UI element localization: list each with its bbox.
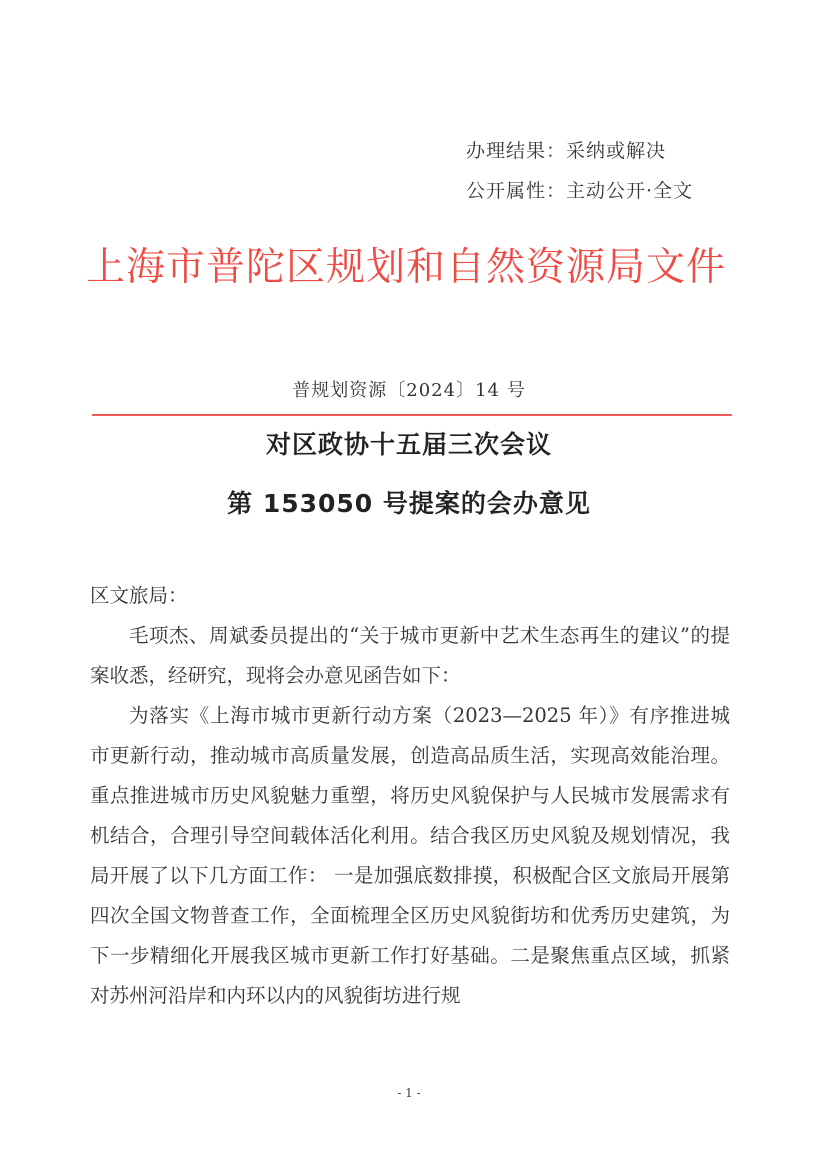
handling-result: 办理结果：采纳或解决 [466,136,666,163]
salutation: 区文旅局： [90,576,730,616]
document-title-line2: 第 153050 号提案的会办意见 [0,484,818,520]
paragraph: 毛项杰、周斌委员提出的“关于城市更新中艺术生态再生的建议”的提案收悉，经研究，现… [90,616,730,696]
disclosure-attribute: 公开属性：主动公开·全文 [466,176,693,203]
red-divider-line [92,414,732,416]
document-number: 普规划资源〔2024〕14 号 [0,376,818,402]
page-number: - 1 - [0,1086,818,1100]
org-red-heading: 上海市普陀区规划和自然资源局文件 [86,236,746,292]
body-text: 毛项杰、周斌委员提出的“关于城市更新中艺术生态再生的建议”的提案收悉，经研究，现… [90,616,730,1016]
paragraph: 为落实《上海市城市更新行动方案（2023—2025 年）》有序推进城市更新行动，… [90,696,730,1016]
document-title-line1: 对区政协十五届三次会议 [0,425,818,461]
